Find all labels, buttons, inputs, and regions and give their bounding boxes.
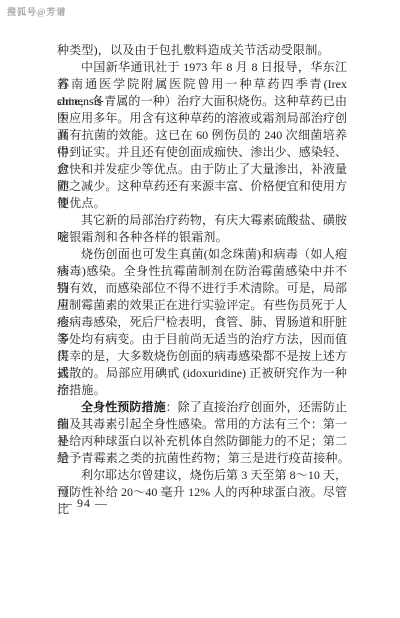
- text-line: 庆幸的是，大多数烧伤创面的病毒感染都不是按上述方式: [57, 348, 347, 365]
- text-lines: 种类型)，以及由于包扎敷料造成关节活动受限制。中国新华通讯社于 1973 年 8…: [57, 42, 347, 501]
- text-line: sime，冬青属的一种）治疗大面积烧伤。这种草药已由中: [57, 93, 347, 110]
- text-line: 医应用多年。用含有这种草药的溶液或霜剂局部治疗创面: [57, 110, 347, 127]
- text-line: 具有抗菌的效能。这已在 60 例伤员的 240 次细菌培养中: [57, 127, 347, 144]
- page-number: — 94 —: [60, 496, 108, 511]
- text-line: 用制霉菌素的效果正在进行实验评定。有些伤员死于人疱: [57, 297, 347, 314]
- text-line: 合快和并发症少等优点。由于防止了大量渗出，补液量亦: [57, 161, 347, 178]
- text-line: 菌及其毒素引起全身性感染。常用的方法有三个：第一是: [57, 416, 347, 433]
- text-line: 利尔耶达尔曾建议，烧伤后第 3 天至第 8～10 天，可: [57, 467, 347, 484]
- text-line: 疹病毒感染，死后尸检表明，食管、肺、胃肠道和肝脏等: [57, 314, 347, 331]
- text-line: 全身性预防措施：除了直接治疗创面外，还需防止细: [57, 399, 347, 416]
- text-line: 省南通医学院附属医院曾用一种草药四季青(Irex chinensis: [57, 76, 347, 93]
- text-line: 给予青霉素之类的抗菌性药物；第三是进行疫苗接种。: [57, 450, 347, 467]
- text-line: 得到证实。并且还有使创面成痂快、渗出少、感染轻、愈: [57, 144, 347, 161]
- text-line: 病毒)感染。全身性抗霉菌制剂在防治霉菌感染中并不特: [57, 263, 347, 280]
- text-line: 补给丙种球蛋白以补充机体自然防御能力的不足；第二是: [57, 433, 347, 450]
- text-line: 中国新华通讯社于 1973 年 8 月 8 日报导，华东江苏: [57, 59, 347, 76]
- text-line: 播散的。局部应用碘甙 (idoxuridine) 正被研究作为一种治: [57, 365, 347, 382]
- sohu-watermark: 搜狐号@芳谱: [7, 5, 66, 18]
- text-line: 疗措施。: [57, 382, 347, 399]
- bold-heading: 全身性预防措施: [81, 400, 166, 414]
- text-line: 啶银霜剂和各种各样的银霜剂。: [57, 229, 347, 246]
- text-line: 等优点。: [57, 195, 347, 212]
- text-line: 别有效，而感染部位不得不进行手术清除。可是，局部应: [57, 280, 347, 297]
- scanned-book-page: 搜狐号@芳谱 种类型)，以及由于包扎敷料造成关节活动受限制。中国新华通讯社于 1…: [0, 0, 400, 618]
- text-line: 烧伤创面也可发生真菌(如念珠菌)和病毒（如人疱疹: [57, 246, 347, 263]
- text-line: 多处均有病变。由于目前尚无适当的治疗方法，因而值得: [57, 331, 347, 348]
- text-line: 种类型)，以及由于包扎敷料造成关节活动受限制。: [57, 42, 347, 59]
- text-line: 其它新的局部治疗药物，有庆大霉素硫酸盐、磺胺嘧: [57, 212, 347, 229]
- text-line: 随之减少。这种草药还有来源丰富、价格便宜和使用方便: [57, 178, 347, 195]
